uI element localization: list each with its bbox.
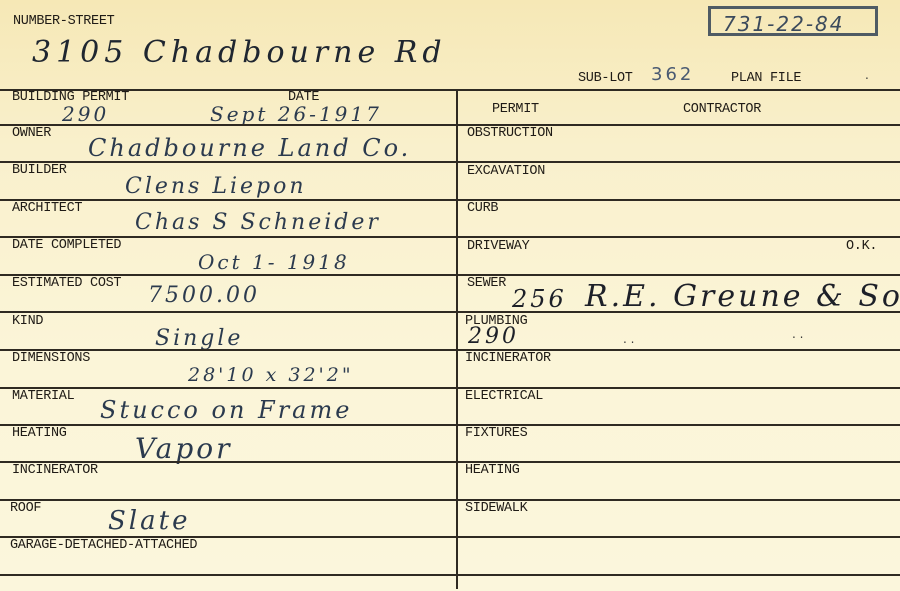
column-divider xyxy=(456,89,458,589)
builder-value: Clens Liepon xyxy=(125,176,307,198)
garage-label: GARAGE-DETACHED-ATTACHED xyxy=(10,539,197,553)
speck: . xyxy=(865,68,869,82)
estimated-cost-value: 7500.00 xyxy=(148,285,260,307)
electrical-label: ELECTRICAL xyxy=(465,390,543,404)
sewer-permit: 256 xyxy=(512,287,567,311)
header-rule xyxy=(0,89,900,91)
row-rule xyxy=(0,424,456,426)
roof-value: Slate xyxy=(108,508,190,534)
heating-value: Vapor xyxy=(135,435,233,463)
row-rule xyxy=(456,199,900,201)
fixtures-label: FIXTURES xyxy=(465,427,527,441)
excavation-label: EXCAVATION xyxy=(467,165,545,179)
heating-permit-label: HEATING xyxy=(465,464,520,478)
row-rule xyxy=(0,499,456,501)
permit-card: 731-22-84 NUMBER-STREET 3105 Chadbourne … xyxy=(0,0,900,591)
date-completed-label: DATE COMPLETED xyxy=(12,239,121,253)
sub-lot-value: 362 xyxy=(651,66,694,84)
owner-label: OWNER xyxy=(12,127,51,141)
incinerator-label: INCINERATOR xyxy=(12,464,98,478)
date-completed-value: Oct 1- 1918 xyxy=(198,252,350,272)
row-rule xyxy=(456,574,900,576)
material-value: Stucco on Frame xyxy=(100,398,352,422)
architect-value: Chas S Schneider xyxy=(135,212,381,234)
driveway-note: O.K. xyxy=(846,240,877,254)
number-street-label: NUMBER-STREET xyxy=(13,15,114,29)
material-label: MATERIAL xyxy=(12,390,74,404)
sub-lot-label: SUB-LOT xyxy=(578,72,633,86)
obstruction-label: OBSTRUCTION xyxy=(467,127,553,141)
file-number: 731-22-84 xyxy=(723,12,845,36)
row-rule xyxy=(456,311,900,313)
row-rule xyxy=(0,574,456,576)
date-value: Sept 26-1917 xyxy=(210,104,382,124)
contractor-header: CONTRACTOR xyxy=(683,103,761,117)
building-permit-value: 290 xyxy=(62,104,109,124)
speck: . . xyxy=(792,327,803,341)
architect-label: ARCHITECT xyxy=(12,202,82,216)
kind-value: Single xyxy=(155,328,243,350)
incinerator-permit-label: INCINERATOR xyxy=(465,352,551,366)
row-rule xyxy=(456,236,900,238)
row-rule xyxy=(0,124,456,126)
plumbing-permit: 290 xyxy=(468,326,519,348)
kind-label: KIND xyxy=(12,315,43,329)
number-street-value: 3105 Chadbourne Rd xyxy=(32,38,447,68)
curb-label: CURB xyxy=(467,202,498,216)
row-rule xyxy=(456,461,900,463)
sewer-label: SEWER xyxy=(467,277,506,291)
row-rule xyxy=(456,536,900,538)
speck: . . xyxy=(623,332,634,346)
row-rule xyxy=(0,311,456,313)
row-rule xyxy=(456,274,900,276)
row-rule xyxy=(0,161,456,163)
sidewalk-label: SIDEWALK xyxy=(465,502,527,516)
dimensions-value: 28'10 x 32'2" xyxy=(188,366,354,385)
plan-file-label: PLAN FILE xyxy=(731,72,801,86)
dimensions-label: DIMENSIONS xyxy=(12,352,90,366)
sewer-contractor: R.E. Greune & Son xyxy=(585,282,900,312)
permit-header: PERMIT xyxy=(492,103,539,117)
owner-value: Chadbourne Land Co. xyxy=(88,136,411,160)
roof-label: ROOF xyxy=(10,502,41,516)
estimated-cost-label: ESTIMATED COST xyxy=(12,277,121,291)
file-number-stamp: 731-22-84 xyxy=(708,6,878,36)
driveway-label: DRIVEWAY xyxy=(467,240,529,254)
row-rule xyxy=(456,161,900,163)
builder-label: BUILDER xyxy=(12,164,67,178)
heating-label: HEATING xyxy=(12,427,67,441)
